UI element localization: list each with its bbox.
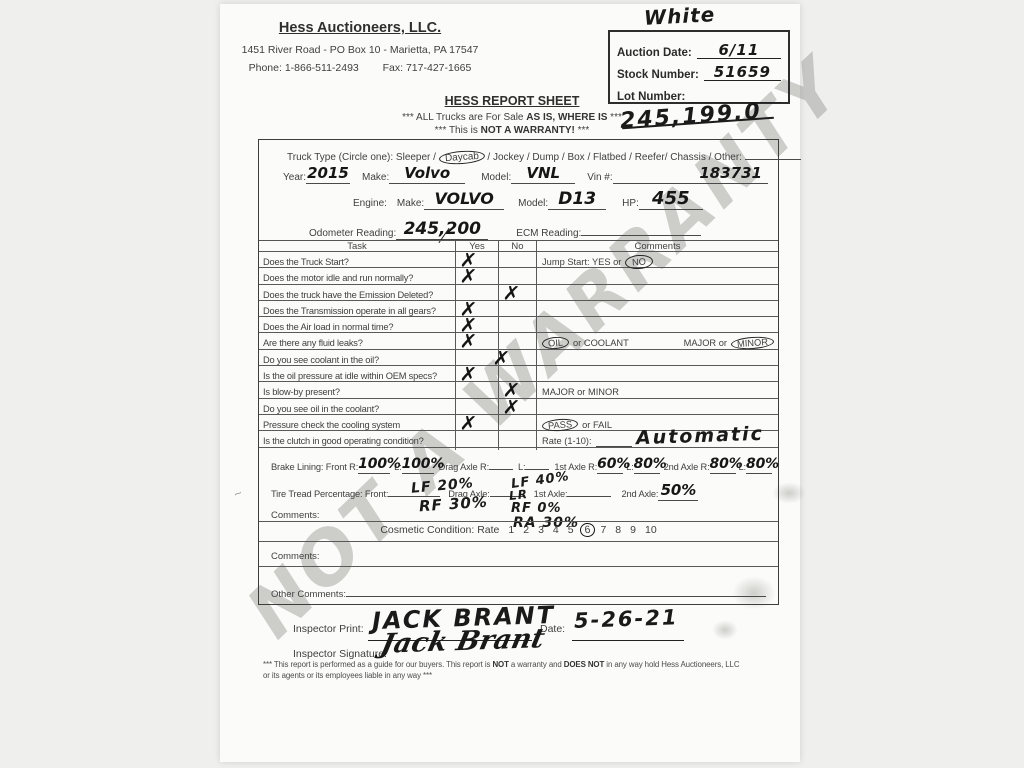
company-phone: Phone: 1-866-511-2493 xyxy=(249,62,359,74)
checklist-row: Does the Truck Start? ✗ Jump Start: YES … xyxy=(259,252,778,268)
brake-a2-l: 80% xyxy=(746,462,772,474)
comments2-label: Comments: xyxy=(271,551,320,562)
engine-label: Engine: xyxy=(353,198,387,209)
brake-drag-r-blank xyxy=(489,458,513,470)
make-label: Make: xyxy=(362,172,389,183)
inspector-print-label: Inspector Print: xyxy=(293,623,364,635)
odometer-line: Odometer Reading: 245,200 ECM Reading: xyxy=(309,224,701,240)
tire-front-rf: RF 30% xyxy=(419,495,489,515)
smudge-spot xyxy=(712,620,738,640)
yes-x-mark: ✗ xyxy=(459,331,478,353)
date-handwritten: 5-26-21 xyxy=(574,607,679,632)
vehicle-id-line: Year: 2015 Make: Volvo Model: VNL Vin #:… xyxy=(283,172,768,184)
brake-lining-line: Brake Lining: Front R: 100% L: 100% Drag… xyxy=(271,458,772,474)
handwritten-color-note: White xyxy=(644,4,716,28)
yes-x-mark: ✗ xyxy=(459,265,478,287)
circled-oil: OIL xyxy=(542,337,570,351)
auction-date-value: 6/11 xyxy=(697,40,781,59)
divider-line xyxy=(259,541,778,542)
truck-type-options: / Jockey / Dump / Box / Flatbed / Reefer… xyxy=(487,152,742,163)
checklist-row: Do you see coolant in the oil? ✗ xyxy=(259,350,778,366)
year-label: Year: xyxy=(283,172,306,183)
circled-pass: PASS xyxy=(542,418,579,432)
page-title: HESS REPORT SHEET xyxy=(372,94,652,108)
letterhead: Hess Auctioneers, LLC. 1451 River Road -… xyxy=(240,20,480,74)
report-sheet-paper: NOT A WARRANTY Hess Auctioneers, LLC. 14… xyxy=(220,4,800,762)
inspection-form-box: Truck Type (Circle one): Sleeper / Dayca… xyxy=(258,139,779,605)
header-no: No xyxy=(499,241,537,252)
year-value: 2015 xyxy=(306,172,350,184)
yes-x-mark: ✗ xyxy=(459,412,478,434)
rate-blank xyxy=(596,435,632,447)
handwritten-automatic: Automatic xyxy=(635,425,763,448)
date-underline xyxy=(572,640,684,641)
checklist-row: Does the truck have the Emission Deleted… xyxy=(259,285,778,301)
subtitle-not-warranty: *** This is NOT A WARRANTY! *** xyxy=(372,125,652,136)
company-address: 1451 River Road - PO Box 10 - Marietta, … xyxy=(240,44,480,56)
other-comments-line: Other Comments: xyxy=(271,585,766,600)
circled-cosmetic-rating: 6 xyxy=(579,522,595,537)
divider-line xyxy=(259,521,778,522)
truck-type-label: Truck Type (Circle one): Sleeper / xyxy=(287,152,436,163)
hp-value: 455 xyxy=(639,198,703,210)
inspector-signature-handwritten: Jack Brant xyxy=(378,623,547,660)
tire-a1-lr: LR xyxy=(508,488,528,502)
engine-make-value: VOLVO xyxy=(424,198,504,210)
checklist-row: Are there any fluid leaks? ✗ OIL or COOL… xyxy=(259,333,778,349)
ecm-label: ECM Reading: xyxy=(516,228,581,239)
model-label: Model: xyxy=(481,172,511,183)
vin-value: 183731 xyxy=(613,172,768,184)
model-value: VNL xyxy=(511,172,575,184)
other-comments-label: Other Comments: xyxy=(271,589,346,600)
title-block: HESS REPORT SHEET *** ALL Trucks are For… xyxy=(372,94,652,136)
margin-smudge-mark: ~ xyxy=(231,485,244,502)
yes-x-mark: ✗ xyxy=(459,363,478,385)
tire-tread-label: Tire Tread Percentage: xyxy=(271,489,362,499)
comments-label: Comments: xyxy=(271,510,320,521)
disclaimer-text: *** This report is performed as a guide … xyxy=(263,659,741,682)
odometer-label: Odometer Reading: xyxy=(309,228,396,239)
checklist-row: Do you see oil in the coolant? ✗ xyxy=(259,399,778,415)
tire-a1-blank xyxy=(567,485,611,497)
checklist-header-row: Task Yes No Comments xyxy=(259,241,778,252)
brake-front-l: 100% xyxy=(402,462,434,474)
tire-a1-rf: RF 0% xyxy=(511,502,562,515)
ecm-value-blank xyxy=(581,224,701,236)
checklist-table: Task Yes No Comments Does the Truck Star… xyxy=(259,240,778,448)
brake-a1-r: 60% xyxy=(597,462,623,474)
hp-label: HP: xyxy=(622,198,639,209)
brake-a1-l: 80% xyxy=(634,462,660,474)
engine-line: Engine: Make: VOLVO Model: D13 HP: 455 xyxy=(353,198,703,210)
vin-label: Vin #: xyxy=(587,172,612,183)
company-phone-fax: Phone: 1-866-511-2493 Fax: 717-427-1665 xyxy=(240,62,480,74)
checklist-row: Is the clutch in good operating conditio… xyxy=(259,431,778,447)
cosmetic-label: Cosmetic Condition: Rate xyxy=(380,524,499,536)
truck-type-other-blank xyxy=(745,148,801,160)
no-x-mark: ✗ xyxy=(502,396,521,418)
cosmetic-condition-row: Cosmetic Condition: Rate 1 2 3 4 5 6 7 8… xyxy=(259,523,778,537)
tire-a2-value: 50% xyxy=(658,489,698,501)
stock-number-value: 51659 xyxy=(704,62,781,81)
make-value: Volvo xyxy=(389,172,465,184)
company-name: Hess Auctioneers, LLC. xyxy=(240,20,480,36)
stock-number-row: Stock Number: 51659 xyxy=(617,59,781,81)
other-comments-blank xyxy=(346,585,766,597)
engine-model-value: D13 xyxy=(548,198,606,210)
brake-drag-l-blank xyxy=(525,458,549,470)
circled-minor: MINOR xyxy=(731,336,775,351)
subtitle-as-is: *** ALL Trucks are For Sale AS IS, WHERE… xyxy=(372,112,652,123)
no-x-mark: ✗ xyxy=(502,282,521,304)
truck-type-line: Truck Type (Circle one): Sleeper / Dayca… xyxy=(287,148,801,164)
stock-number-label: Stock Number: xyxy=(617,69,699,81)
auction-date-row: Auction Date: 6/11 xyxy=(617,37,781,59)
engine-model-label: Model: xyxy=(518,198,548,209)
no-x-mark: ✗ xyxy=(492,347,511,369)
header-comments: Comments xyxy=(537,241,778,252)
brake-a2-r: 80% xyxy=(710,462,736,474)
divider-line xyxy=(259,566,778,567)
company-fax: Fax: 717-427-1665 xyxy=(383,62,472,74)
brake-lining-label: Brake Lining: xyxy=(271,462,323,472)
brake-front-r: 100% xyxy=(358,462,390,474)
engine-make-label: Make: xyxy=(397,198,424,209)
checklist-row: Does the Air load in normal time? ✗ xyxy=(259,317,778,333)
auction-info-box: Auction Date: 6/11 Stock Number: 51659 L… xyxy=(608,30,790,104)
auction-date-label: Auction Date: xyxy=(617,47,692,59)
header-task: Task xyxy=(259,241,456,252)
scanned-report-screenshot: { "header": { "company": "Hess Auctionee… xyxy=(0,0,1024,768)
